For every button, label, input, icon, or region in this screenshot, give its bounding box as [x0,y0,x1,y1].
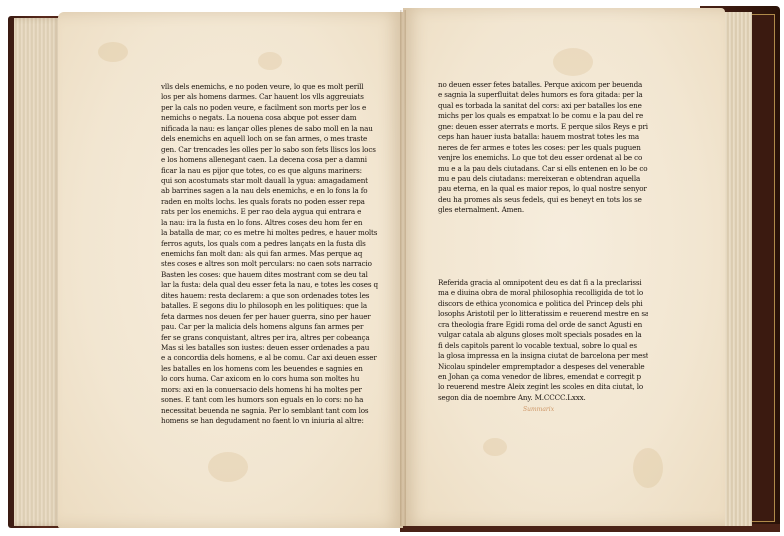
left-page-block-edge [14,18,62,526]
text-line: ferros aguts, los quals com a pedres lan… [161,239,387,249]
book-gutter [400,10,406,526]
text-line: gles eternalment. Amen. [438,205,648,215]
text-line: fi dels capitols parent lo vocable textu… [438,341,648,351]
text-line: venjre los enemichs. Lo que tot deu esse… [438,153,648,163]
text-line: lo cors huma. Car axicom en lo cors huma… [161,374,387,384]
foxing-stain [98,42,128,62]
text-line: vulgar catala ab alguns gloses molt spec… [438,330,648,340]
text-line: e sagnia la superfluitat deles humors es… [438,90,648,100]
text-line: ma e diuina obra de moral philosophia re… [438,288,648,298]
text-line: e los homens allenegant caen. La decena … [161,155,387,165]
left-page-text: vlls dels enemichs, e no poden veure, lo… [161,82,387,426]
text-line: losophs Aristotil per lo litteratissim e… [438,309,648,319]
text-line: la batalla de mar, co es metre hi moltes… [161,228,387,238]
text-line: la glosa impressa en la insigna ciutat d… [438,351,648,361]
text-line: gen. Car trencades les olles per lo sabo… [161,145,387,155]
text-line: Referida gracia al omnipotent deu es dat… [438,278,648,288]
colophon-text: Referida gracia al omnipotent deu es dat… [438,278,648,403]
text-line: homens se han degudament no faent lo vn … [161,416,387,426]
text-line: raden en molts lochs. les quals forats n… [161,197,387,207]
text-line: enemichs fan molt dan: als qui fan armes… [161,249,387,259]
text-line: Nicolau spindeler empremptador a despese… [438,362,648,372]
text-line: Mas si les batalles son iustes: deuen es… [161,343,387,353]
text-line: mors: axi en la conuersacio dels homens … [161,385,387,395]
text-line: ab barrines sagen a la nau dels enemichs… [161,186,387,196]
text-line: los per als homens darmes. Car hauent lo… [161,92,387,102]
text-line: segon dia de noembre Any. M.CCCC.Lxxx. [438,393,648,403]
text-line: no deuen esser fetes batalles. Perque ax… [438,80,648,90]
text-line: lo reuerend mestre Aleix zegint les scol… [438,382,648,392]
text-line: michs per los quals es empatxat lo be co… [438,111,648,121]
text-line: pau. Car per la malicia dels homens algu… [161,322,387,332]
text-line: Basten les coses: que hauem dites mostra… [161,270,387,280]
text-line: stes coses e altres son molt perculars: … [161,259,387,269]
foxing-stain [208,452,248,482]
text-line: sones. E tant com les humors son eguals … [161,395,387,405]
text-line: la nau: ira la fusta en lo fons. Altres … [161,218,387,228]
text-line: lar la fusta: dela qual deu esser feta l… [161,280,387,290]
text-line: necessitat beuenda ne sagnia. Per lo sem… [161,406,387,416]
text-line: qual es torbada la sanitat del cors: axi… [438,101,648,111]
foxing-stain [258,52,282,70]
text-line: nificada la nau: es lançar olles plenes … [161,124,387,134]
text-line: gne: deuen esser aterrats e morts. E per… [438,122,648,132]
foxing-stain [483,438,507,456]
text-line: cra theologia frare Egidi roma del orde … [438,320,648,330]
text-line: ceps han hauer iusta batalla: hauem most… [438,132,648,142]
text-line: discors de ethica yconomica e politica d… [438,299,648,309]
text-line: pau eterna, en la qual es maior repos, l… [438,184,648,194]
text-line: qui son acostumats star molt dauall la y… [161,176,387,186]
foxing-stain [633,448,663,488]
text-line: dites hauem: resta declarem: a que son o… [161,291,387,301]
text-line: vlls dels enemichs, e no poden veure, lo… [161,82,387,92]
text-line: mu e pau dels ciutadans: mereixeran e ob… [438,174,648,184]
right-page-block-edge [722,12,752,526]
manuscript-annotation: Summarix [523,406,554,413]
text-line: batalles. E segons diu lo philosoph en l… [161,301,387,311]
text-line: deu ha promes als seus fedels, qui es be… [438,195,648,205]
cover-gilt-border [752,14,775,522]
text-line: mu e a la pau dels ciutadans. Car si ell… [438,164,648,174]
open-book: vlls dels enemichs, e no poden veure, lo… [0,0,784,536]
text-line: les batalles en los homens com les beuen… [161,364,387,374]
foxing-stain [553,48,593,76]
text-line: dels enemichs en aquell loch on se fan a… [161,134,387,144]
text-line: fer se grans conquistant, altres per ira… [161,333,387,343]
text-line: per la cals no poden veure, e facilment … [161,103,387,113]
text-line: en Johan ça coma venedor de libres, emen… [438,372,648,382]
right-page-closing-text: no deuen esser fetes batalles. Perque ax… [438,80,648,216]
text-line: feta darmes nos deuen fer per hauer guer… [161,312,387,322]
text-line: rats per los enemichs. E per rao dela ay… [161,207,387,217]
text-line: nemichs o negats. La nouena cosa abque p… [161,113,387,123]
text-line: neres de fer armes e totes les coses: pe… [438,143,648,153]
text-line: ficar la nau es pijor que totes, co es q… [161,166,387,176]
text-line: e a concordia dels homens, e al be comu.… [161,353,387,363]
